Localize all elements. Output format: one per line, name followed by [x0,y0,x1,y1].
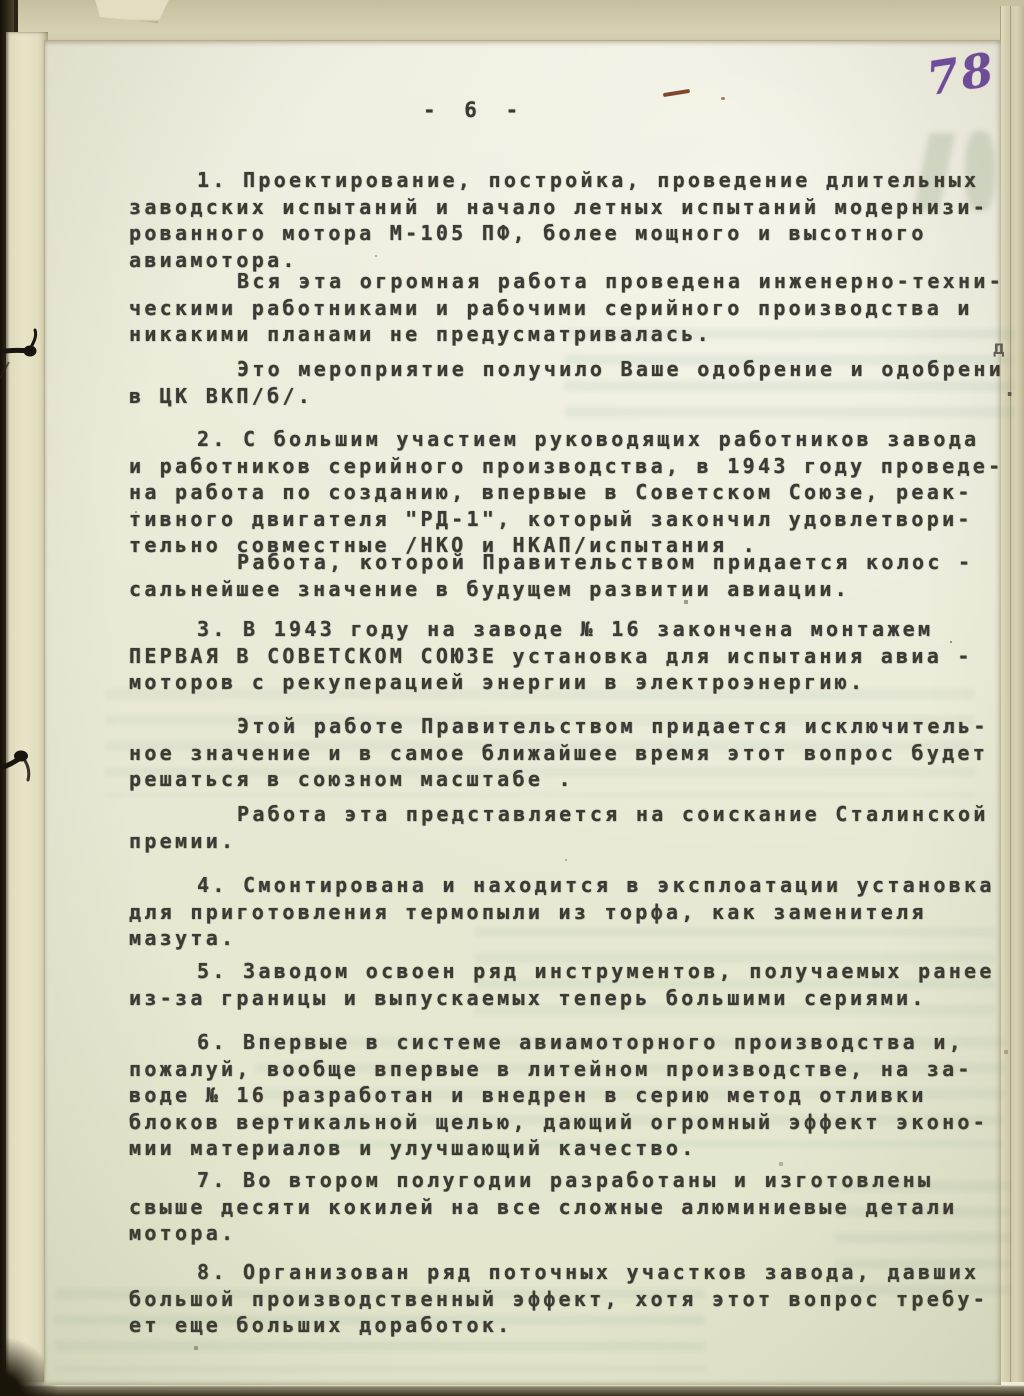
paper-specks [45,41,47,43]
document-scan: - 6 - 78 д . 1. Проектирование, постройк… [0,0,1024,1396]
typewritten-paragraph: 4. Смонтирована и находится в эксплоатац… [129,872,1024,952]
text-line: 5. Заводом освоен ряд инструментов, полу… [129,958,1024,985]
typewritten-paragraph: 2. С большим участием руководящих работн… [129,426,1024,559]
text-line: и работников серийного производства, в 1… [129,453,1024,480]
typewritten-paragraph: Работа, которой Правительством придается… [129,549,1024,602]
text-line: в ЦК ВКП/б/. [129,383,1024,410]
page-number-printed: - 6 - [423,98,526,122]
text-line: рованного мотора М-105 ПФ, более мощного… [129,220,1024,247]
text-line: тивного двигателя "РД-1", который законч… [129,506,1024,533]
text-line: 7. Во втором полугодии разработаны и изг… [129,1167,1024,1194]
text-line: на работа по созданию, впервые в Советск… [129,479,1024,506]
underlying-page-edge [6,32,48,1384]
typewritten-paragraph: Этой работе Правительством придается иск… [129,713,1024,793]
text-line: ПЕРВАЯ В СОВЕТСКОМ СОЮЗЕ установка для и… [129,643,1024,670]
typewritten-paragraph: 3. В 1943 году на заводе № 16 закончена … [129,616,1024,696]
text-line: ческими работниками и рабочими серийного… [129,295,1024,322]
typewritten-paragraph: 1. Проектирование, постройка, проведение… [129,167,1024,273]
typewritten-paragraph: 7. Во втором полугодии разработаны и изг… [129,1167,1024,1247]
typewritten-paragraph: 5. Заводом освоен ряд инструментов, полу… [129,958,1024,1011]
text-line: заводских испытаний и начало летных испы… [129,194,1024,221]
typewritten-paragraph: Вся эта огромная работа проведена инжене… [129,268,1024,348]
text-line: Работа эта представляется на соискание С… [129,801,1024,828]
text-line: мии материалов и улучшающий качество. [129,1135,1024,1162]
text-line: решаться в союзном масштабе . [129,766,1024,793]
paper-page: - 6 - 78 д . 1. Проектирование, постройк… [44,40,1001,1385]
text-line: Это мероприятие получило Ваше одобрение … [129,356,1024,383]
text-line: пожалуй, вообще впервые в литейном произ… [129,1056,1024,1083]
text-line: 1. Проектирование, постройка, проведение… [129,167,1024,194]
text-line: большой производственный эффект, хотя эт… [129,1286,1024,1313]
typewritten-paragraph: Работа эта представляется на соискание С… [129,801,1024,854]
text-line: моторов с рекуперацией энергии в электро… [129,669,1024,696]
text-line: блоков вертикальной щелью, дающий огромн… [129,1109,1024,1136]
text-line: для приготовления термопыли из торфа, ка… [129,899,1024,926]
text-line: Работа, которой Правительством придается… [129,549,1024,576]
text-line: 6. Впервые в системе авиамоторного произ… [129,1029,1024,1056]
typewritten-paragraph: 8. Организован ряд поточных участков зав… [129,1259,1024,1339]
text-line: 2. С большим участием руководящих работн… [129,426,1024,453]
text-line: 4. Смонтирована и находится в эксплоатац… [129,872,1024,899]
text-line: ное значение и в самое ближайшее время э… [129,740,1024,767]
text-line: никакими планами не предусматривалась. [129,321,1024,348]
text-line: мотора. [129,1220,1024,1247]
binding-thread-bottom [0,736,38,784]
text-line: Вся эта огромная работа проведена инжене… [129,268,1024,295]
text-line: воде № 16 разработан и внедрен в серию м… [129,1082,1024,1109]
typewritten-paragraph: Это мероприятие получило Ваше одобрение … [129,356,1024,409]
text-line: сальнейшее значение в будущем развитии а… [129,576,1024,603]
red-pencil-dot [721,97,725,100]
text-line: 3. В 1943 году на заводе № 16 закончена … [129,616,1024,643]
text-line: премии. [129,828,1024,855]
page-number-handwritten: 78 [923,42,999,106]
text-line: 8. Организован ряд поточных участков зав… [129,1259,1024,1286]
text-line: Этой работе Правительством придается иск… [129,713,1024,740]
red-pencil-mark [663,89,690,97]
text-line: ет еще больших доработок. [129,1312,1024,1339]
text-line: свыше десяти кокилей на все сложные алюм… [129,1194,1024,1221]
text-line: из-за границы и выпускаемых теперь больш… [129,985,1024,1012]
binding-thread-top [0,328,46,380]
typewritten-paragraph: 6. Впервые в системе авиамоторного произ… [129,1029,1024,1162]
text-line: мазута. [129,925,1024,952]
